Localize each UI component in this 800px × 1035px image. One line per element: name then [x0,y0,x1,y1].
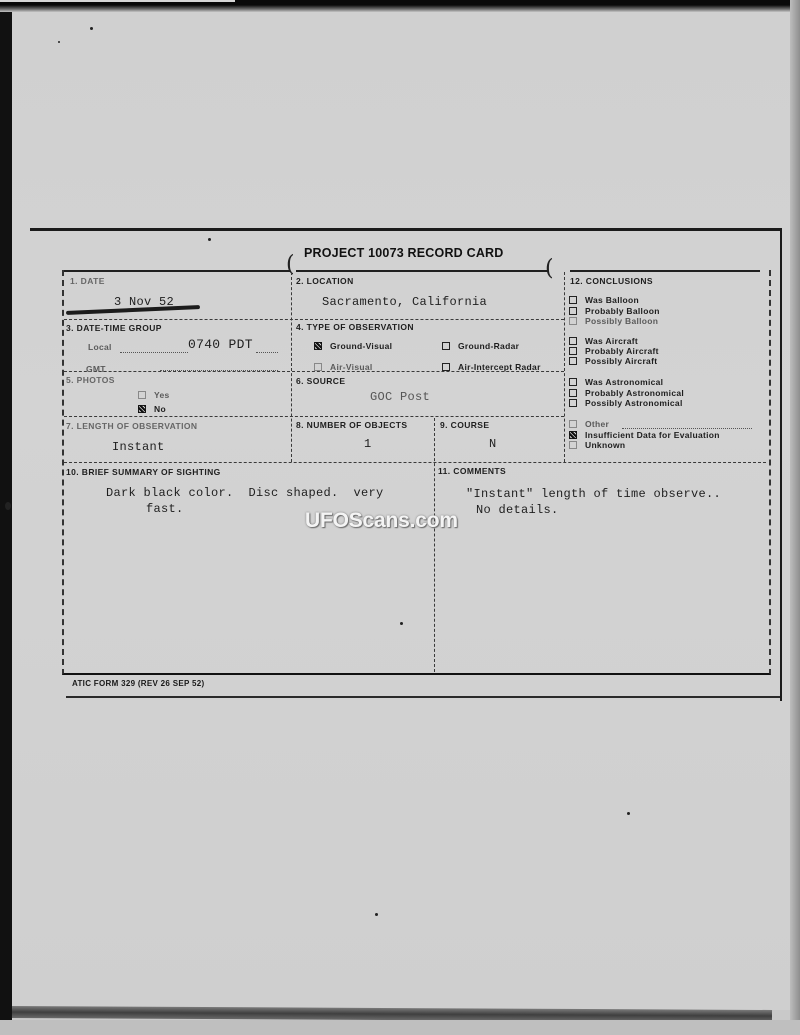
divider [570,270,760,272]
gmt-label: GMT [86,364,106,374]
divider [564,272,565,462]
conclusion-possibly-aircraft[interactable]: Possibly Aircraft [569,356,657,366]
conclusion-possibly-balloon[interactable]: Possibly Balloon [569,316,658,326]
form-number: ATIC FORM 329 (REV 26 SEP 52) [72,679,204,688]
checkbox-icon[interactable] [569,307,577,315]
conclusion-was-aircraft[interactable]: Was Aircraft [569,336,638,346]
checkbox-icon[interactable] [569,317,577,325]
source-label: 6. SOURCE [296,376,345,386]
length-of-observation-label: 7. LENGTH OF OBSERVATION [66,421,197,431]
card-title: PROJECT 10073 RECORD CARD [304,246,504,260]
photos-label: 5. PHOTOS [66,375,115,385]
brief-summary-line-1: Dark black color. Disc shaped. very [106,486,384,500]
photos-option-yes[interactable]: Yes [138,390,170,400]
date-time-group-label: 3. DATE-TIME GROUP [66,323,162,333]
conclusion-was-astronomical[interactable]: Was Astronomical [569,377,663,387]
scan-edge-top-highlight [0,0,235,2]
course-value: N [489,437,497,451]
location-label: 2. LOCATION [296,276,354,286]
photos-option-no[interactable]: No [138,404,166,414]
brief-summary-label: 10. BRIEF SUMMARY OF SIGHTING [66,467,221,477]
scan-edge-right [790,0,800,1035]
observation-option-air-intercept-radar[interactable]: Air-Intercept Radar [442,362,541,372]
checkbox-icon[interactable] [569,357,577,365]
fill-line [622,428,752,429]
conclusion-insufficient-data[interactable]: Insufficient Data for Evaluation [569,430,720,440]
divider [64,319,564,320]
checkbox-checked-icon[interactable] [569,431,577,439]
checkbox-icon[interactable] [569,296,577,304]
fill-line [256,352,278,353]
local-label: Local [88,342,112,352]
date-label: 1. DATE [70,276,105,286]
conclusion-other[interactable]: Other [569,419,609,429]
conclusion-possibly-astronomical[interactable]: Possibly Astronomical [569,398,683,408]
conclusions-label: 12. CONCLUSIONS [570,276,653,286]
watermark: UFOScans.com [305,509,458,533]
fill-line [120,352,188,353]
checkbox-icon[interactable] [569,347,577,355]
comments-line-1: "Instant" length of time observe.. [466,487,721,501]
checkbox-icon[interactable] [569,399,577,407]
checkbox-icon[interactable] [442,342,450,350]
checkbox-icon[interactable] [569,441,577,449]
conclusion-was-balloon[interactable]: Was Balloon [569,295,639,305]
checkbox-icon[interactable] [569,378,577,386]
scan-edge-bottom-under [0,1020,800,1035]
divider [296,270,548,272]
observation-option-air-visual[interactable]: Air-Visual [314,362,373,372]
observation-option-ground-radar[interactable]: Ground-Radar [442,341,519,351]
dust-speck [58,41,60,43]
checkbox-icon[interactable] [569,337,577,345]
conclusion-probably-astronomical[interactable]: Probably Astronomical [569,388,684,398]
dust-speck [375,913,378,916]
brief-summary-line-2: fast. [146,502,184,516]
dust-speck [5,502,11,510]
scan-edge-left [0,0,12,1035]
divider [291,272,292,462]
course-label: 9. COURSE [440,420,489,430]
divider [64,462,766,463]
number-of-objects-label: 8. NUMBER OF OBJECTS [296,420,407,430]
fill-line [160,370,278,371]
comments-line-2: No details. [476,503,559,517]
checkbox-icon[interactable] [569,389,577,397]
conclusion-unknown[interactable]: Unknown [569,440,625,450]
checkbox-checked-icon[interactable] [314,342,322,350]
source-value: GOC Post [370,390,430,404]
checkbox-checked-icon[interactable] [138,405,146,413]
checkbox-icon[interactable] [138,391,146,399]
location-value: Sacramento, California [322,295,487,309]
length-of-observation-value: Instant [112,440,165,454]
divider [64,270,290,272]
type-of-observation-label: 4. TYPE OF OBSERVATION [296,322,414,332]
observation-option-ground-visual[interactable]: Ground-Visual [314,341,392,351]
conclusion-probably-balloon[interactable]: Probably Balloon [569,306,660,316]
local-time-value: 0740 PDT [188,337,253,352]
comments-label: 11. COMMENTS [438,466,506,476]
checkbox-icon[interactable] [442,363,450,371]
dust-speck [90,27,93,30]
checkbox-icon[interactable] [569,420,577,428]
checkbox-icon[interactable] [314,363,322,371]
divider [434,418,435,672]
record-card-outer-bottom [66,696,780,698]
number-of-objects-value: 1 [364,437,372,451]
conclusion-probably-aircraft[interactable]: Probably Aircraft [569,346,659,356]
divider [64,416,564,417]
dust-speck [627,812,630,815]
